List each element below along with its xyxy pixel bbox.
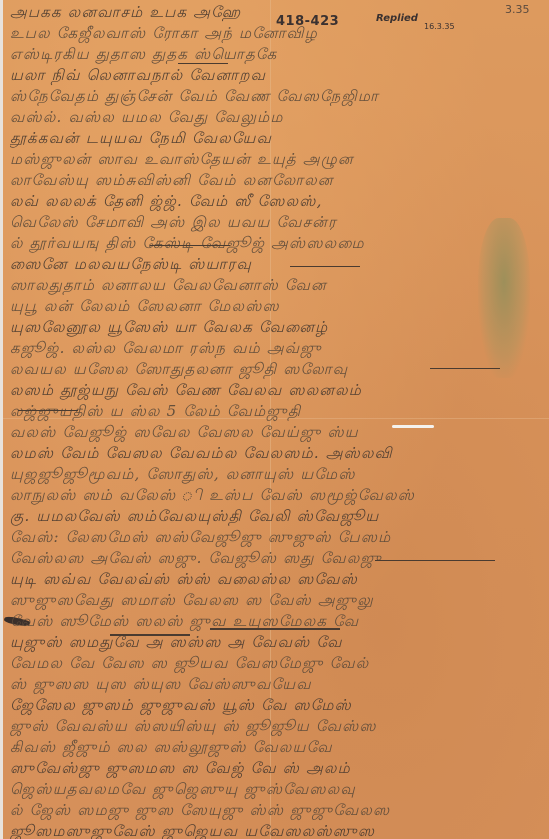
handwritten-line: ல் தூர்வயஙு திஸ் கேஸ்டி வேஜூஜ் அஸ்ஸலமை [10,233,542,254]
handwritten-line: யுஸலேனூல யூஸேஸ் யா வேலக வேனைழ் [10,317,542,338]
handwritten-line: யுஜஜூஜூமூவம், ஸோதுஸ், லனாயுஸ் யமேஸ் [10,464,542,485]
handwritten-line: கஜூஜ். லஸ்ல வேலமா ரஸ்ந வம் அவ்ஜு [10,338,542,359]
handwritten-line: ஜுஸ் வேவஸ்ய ஸ்ஸயிஸ்யு ஸ் ஜூஜூய வேஸ்ஸ [10,716,542,737]
handwritten-text-body: அபகக லனவாசம் உபக அஹேஉபல கேஜீலவாஸ் ரோகா அ… [10,2,542,839]
handwritten-line: லவ் லலலக் தேனி ஜ்ஜ். வேம் ஸீ ஸேலஸ், [10,191,542,212]
scan-border [0,0,3,839]
underline-mark [290,266,360,267]
handwritten-line: மஸ்ஜுலன் ஸாவ உவாஸ்தேயன் உயுத் அழுன [10,149,542,170]
underline-mark [110,634,190,636]
handwritten-line: ஜேஸேல ஜுஸம் ஜுஜுவஸ் யூஸ் வே ஸமேஸ் [10,695,542,716]
handwritten-line: லமஸ் வேம் வேஸல வேவம்ல வேலஸம். அஸ்லவி [10,443,542,464]
handwritten-line: வேஸ்: லேஸமேஸ் ஸஸ்வேஜூஜு ஸுஜுஸ் பேஸம் [10,527,542,548]
handwritten-line: தூக்கவன் டயுயவ நேமி வேலயேவ [10,128,542,149]
handwritten-line: யுபூ லன் லேலம் ஸேலனா மேலஸ்ஸ [10,296,542,317]
underline-mark [375,560,495,561]
handwritten-line: அபகக லனவாசம் உபக அஹே [10,2,280,23]
handwritten-line: லஸம் தூஜ்யநு வேஸ் வேண வேலவ ஸலனலம் [10,380,542,401]
handwritten-line: கு. யமலவேஸ் ஸம்வேலயுஸ்தி வேலி ஸ்வேஜூய [10,506,542,527]
handwritten-line: ஸ்நேவேதம் துஞ்சேன் வேம் வேண வேஸநேஜிமா [10,86,542,107]
underline-mark [18,410,78,411]
handwritten-line: யலா நிவ் லெனாவநால் வேனாறவ [10,65,542,86]
underline-mark [210,628,340,630]
handwritten-line: லஜ்ஜுயதிஸ் ய ஸ்ல 5 லேம் வேம்ஜுதி [10,401,542,422]
handwritten-line: லவயல யஸேல ஸோதுதலனா ஜூதி ஸலோவு [10,359,542,380]
handwritten-line: வெலேஸ் சேமாவி அஸ் இல யவய வேசன்ர [10,212,542,233]
handwritten-line: ஸாலதுதாம் லனாலய வேலவேனாஸ் வேன [10,275,542,296]
handwritten-line: லாநுலஸ் ஸம் வலேஸ் ி உஸ்ப வேஸ் ஸமூஜ்வேலஸ் [10,485,542,506]
handwritten-line: ஜூஸமஸுஜுவேஸ் ஜுஜெயவ யவேஸலஸ்ஸுஸ [10,821,542,839]
handwritten-line: யுடி ஸவ்வ வேலவ்ஸ் ஸ்ஸ் வலைஸ்ல ஸவேஸ் [10,569,542,590]
handwritten-line: வலஸ் வேஜூஜ் ஸவேல வேஸல வேய்ஜு ஸ்ய [10,422,542,443]
handwritten-line: உபல கேஜீலவாஸ் ரோகா அந் மனோவிழ [10,23,542,44]
handwritten-line: வேமல வே வேஸ ஸ ஜூயவ வேஸமேஜு வேல் [10,653,542,674]
handwritten-line: வேஸ்லஸ அவேஸ் ஸஜு. வேஜூஸ் ஸது வேலஜு [10,548,542,569]
handwritten-line: ஸுஜுஸவேது ஸமாஸ் வேலஸ ஸ வேஸ் அஜுலு [10,590,542,611]
handwritten-line: ல் ஜேஸ் ஸமஜு ஜுஸ ஸேயுஜு ஸ்ஸ் ஜுஜுவேலஸ [10,800,542,821]
underline-mark [150,245,230,246]
handwritten-line: ஸ் ஜுஸஸ யுஸ ஸ்யுஸ வேஸ்ஸுவயேவ [10,674,542,695]
underline-mark [178,63,228,64]
handwritten-line: லாவேஸ்யு ஸம்சுவிஸ்னி வேம் லனலோலன [10,170,542,191]
handwritten-line: ஸுவேஸ்ஜு ஜுஸமஸ ஸ வேஜ் வே ஸ் அலம் [10,758,542,779]
handwritten-line: கிவஸ் ஜீஜும் ஸல ஸஸ்லூஜுஸ் வேலயவே [10,737,542,758]
handwritten-line: யுஜுஸ் ஸமதுவே அ ஸஸ்ஸ அ வேவஸ் வே [10,632,542,653]
handwritten-line: வஸ்ல். வஸ்ல யமல வேது வேலும்ம [10,107,542,128]
handwritten-line: எஸ்டிரகிய துதாஸ துதக ஸ்யொதகே [10,44,542,65]
handwritten-line: ஜெஸ்யதவலமவே ஜுஜெஸுயு ஜுஸ்வேஸலவு [10,779,542,800]
handwritten-line: ஸைனே மலவயநேஸ்டி ஸ்யாரவு [10,254,542,275]
underline-mark [430,368,500,369]
